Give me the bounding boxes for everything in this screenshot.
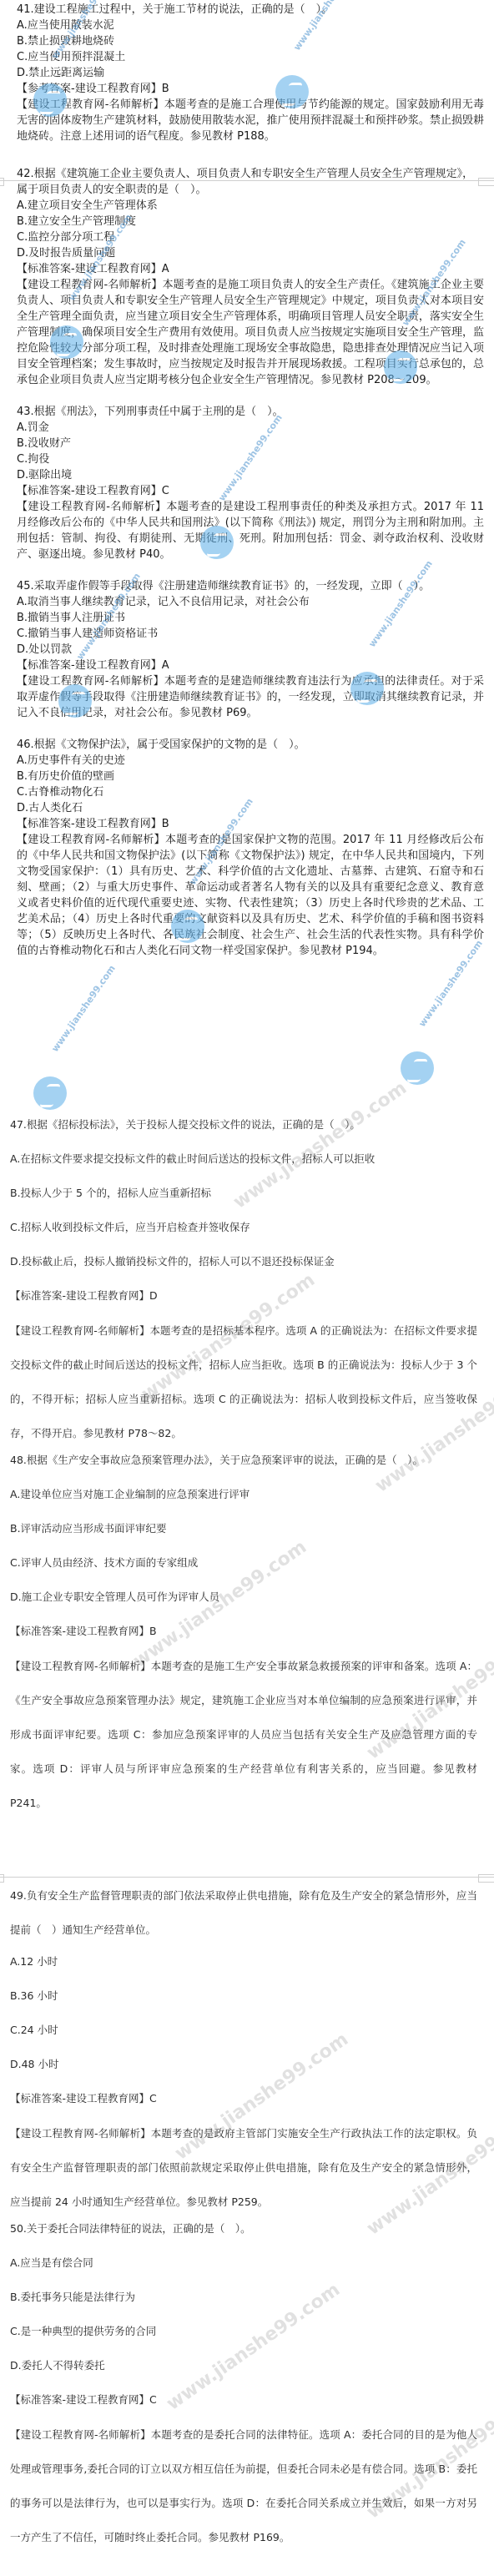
explanation: 【建设工程教育网-名师解析】本题考查的是施工项目负责人的安全生产责任。《建筑施工…: [17, 277, 484, 388]
answer: 【标准答案-建设工程教育网】C: [10, 2393, 477, 2407]
answer: 【标准答案-建设工程教育网】B: [17, 816, 484, 832]
question-section-2: 47.根据《招标投标法》，关于投标人提交投标文件的说法，正确的是（ ）。 A.在…: [10, 1118, 477, 2554]
answer: 【标准答案-建设工程教育网】B: [10, 1625, 477, 1638]
answer: 【标准答案-建设工程教育网】C: [10, 2092, 477, 2105]
option-d: D.古人类化石: [17, 800, 484, 816]
option-b: B.禁止损毁耕地烧砖: [17, 33, 484, 49]
answer: 【标准答案-建设工程教育网】A: [17, 658, 484, 673]
divider-tick-right: [478, 178, 494, 186]
option-b: B.撤销当事人注册证书: [17, 610, 484, 626]
explanation: 【建设工程教育网-名师解析】本题考查的是国家保护文物的范围。2017 年 11 …: [17, 832, 484, 959]
question-stem: 47.根据《招标投标法》，关于投标人提交投标文件的说法，正确的是（ ）。: [10, 1118, 477, 1132]
answer: 【标准答案-建设工程教育网】A: [17, 261, 484, 277]
divider-tick-right: [478, 1874, 494, 1883]
question-stem: 45.采取弄虚作假等手段取得《注册建造师继续教育证书》的，一经发现，立即（ ）。: [17, 578, 484, 594]
answer: 【参考答案-建设工程教育网】B: [17, 81, 484, 97]
watermark-text: www.jianshe99.com: [49, 963, 118, 1054]
option-d: D.投标截止后，投标人撤销投标文件的，招标人可以不退还投标保证金: [10, 1255, 477, 1268]
option-a: A.12 小时: [10, 1955, 477, 1969]
explanation: 【建设工程教育网-名师解析】本题考查的是招标基本程序。选项 A 的正确说法为：在…: [10, 1313, 477, 1450]
question-45: 45.采取弄虚作假等手段取得《注册建造师继续教育证书》的，一经发现，立即（ ）。…: [17, 578, 484, 721]
option-c: C.古脊椎动物化石: [17, 784, 484, 800]
page-divider: [0, 180, 494, 181]
question-section-1: 41.建设工程施工过程中，关于施工节材的说法，正确的是（ ）。 A.应当使用散装…: [17, 0, 484, 959]
option-b: B.没收财产: [17, 436, 484, 451]
option-a: A.建立项目安全生产管理体系: [17, 198, 484, 214]
question-50: 50.关于委托合同法律特征的说法，正确的是（ ）。 A.应当是有偿合同 B.委托…: [10, 2222, 477, 2554]
option-d: D.施工企业专职安全管理人员可作为评审人员: [10, 1590, 477, 1604]
option-b: B.委托事务只能是法律行为: [10, 2291, 477, 2304]
explanation: 【建设工程教育网-名师解析】本题考查的是施工合理使用与节约能源的规定。国家鼓励利…: [17, 97, 484, 144]
question-stem: 50.关于委托合同法律特征的说法，正确的是（ ）。: [10, 2222, 477, 2236]
option-c: C.评审人员由经济、技术方面的专家组成: [10, 1556, 477, 1570]
option-b: B.有历史价值的壁画: [17, 769, 484, 784]
question-48: 48.根据《生产安全事故应急预案管理办法》，关于应急预案评审的说法，正确的是（ …: [10, 1454, 477, 1820]
option-d: D.驱除出境: [17, 467, 484, 483]
option-a: A.在招标文件要求提交投标文件的截止时间后送达的投标文件，招标人可以拒收: [10, 1152, 477, 1166]
divider-tick-left: [0, 178, 4, 186]
question-46: 46.根据《文物保护法》，属于受国家保护的文物的是（ ）。 A.历史事件有关的史…: [17, 737, 484, 959]
page-divider: [0, 1877, 494, 1878]
question-stem: 43.根据《刑法》，下列刑事责任中属于主刑的是（ ）。: [17, 404, 484, 420]
option-d: D.48 小时: [10, 2058, 477, 2071]
explanation: 【建设工程教育网-名师解析】本题考查的是建造师继续教育违法行为应承担的法律责任。…: [17, 673, 484, 721]
question-stem: 42.根据《建筑施工企业主要负责人、项目负责人和专职安全生产管理人员安全生产管理…: [17, 166, 484, 198]
option-a: A.应当使用散装水泥: [17, 18, 484, 33]
question-41: 41.建设工程施工过程中，关于施工节材的说法，正确的是（ ）。 A.应当使用散装…: [17, 0, 484, 144]
answer: 【标准答案-建设工程教育网】C: [17, 483, 484, 499]
explanation: 【建设工程教育网-名师解析】本题考查的是政府主管部门实施安全生产行政执法工作的法…: [10, 2116, 477, 2219]
option-c: C.监控分部分项工程: [17, 229, 484, 245]
option-a: A.历史事件有关的史迹: [17, 753, 484, 769]
explanation: 【建设工程教育网-名师解析】本题考查的是施工生产安全事故紧急救援预案的评审和备案…: [10, 1649, 477, 1820]
answer: 【标准答案-建设工程教育网】D: [10, 1289, 477, 1303]
option-c: C.拘役: [17, 451, 484, 467]
question-stem: 41.建设工程施工过程中，关于施工节材的说法，正确的是（ ）。: [17, 2, 484, 18]
option-a: A.建设单位应当对施工企业编制的应急预案进行评审: [10, 1488, 477, 1501]
question-42: 42.根据《建筑施工企业主要负责人、项目负责人和专职安全生产管理人员安全生产管理…: [17, 166, 484, 388]
option-b: B.36 小时: [10, 1989, 477, 2003]
option-d: D.禁止远距离运输: [17, 65, 484, 81]
explanation: 【建设工程教育网-名师解析】本题考查的是建设工程刑事责任的种类及承担方式。201…: [17, 499, 484, 562]
option-b: B.建立安全生产管理制度: [17, 214, 484, 229]
option-c: C.是一种典型的提供劳务的合同: [10, 2325, 477, 2338]
question-stem: 46.根据《文物保护法》，属于受国家保护的文物的是（ ）。: [17, 737, 484, 753]
option-b: B.投标人少于 5 个的，招标人应当重新招标: [10, 1187, 477, 1200]
option-a: A.应当是有偿合同: [10, 2256, 477, 2270]
option-d: D.委托人不得转委托: [10, 2359, 477, 2372]
option-a: A.罚金: [17, 420, 484, 436]
option-c: C.撤销当事人建造师资格证书: [17, 626, 484, 642]
option-b: B.评审活动应当形成书面评审纪要: [10, 1522, 477, 1535]
explanation: 【建设工程教育网-名师解析】本题考查的是委托合同的法律特征。选项 A：委托合同的…: [10, 2417, 477, 2554]
option-c: C.应当使用预拌混凝土: [17, 49, 484, 65]
option-c: C.招标人收到投标文件后，应当开启检查并签收保存: [10, 1221, 477, 1234]
option-c: C.24 小时: [10, 2024, 477, 2037]
watermark-logo-icon: [33, 1076, 67, 1110]
question-43: 43.根据《刑法》，下列刑事责任中属于主刑的是（ ）。 A.罚金 B.没收财产 …: [17, 404, 484, 562]
question-stem: 48.根据《生产安全事故应急预案管理办法》，关于应急预案评审的说法，正确的是（ …: [10, 1454, 477, 1467]
watermark-logo-icon: [401, 1051, 434, 1085]
question-49: 49.负有安全生产监督管理职责的部门依法采取停止供电措施，除有危及生产安全的紧急…: [10, 1878, 477, 2219]
divider-tick-left: [0, 1874, 4, 1883]
option-a: A.取消当事人继续教育记录，记入不良信用记录，对社会公布: [17, 594, 484, 610]
option-d: D.处以罚款: [17, 642, 484, 658]
question-stem: 49.负有安全生产监督管理职责的部门依法采取停止供电措施，除有危及生产安全的紧急…: [10, 1878, 477, 1947]
question-47: 47.根据《招标投标法》，关于投标人提交投标文件的说法，正确的是（ ）。 A.在…: [10, 1118, 477, 1450]
option-d: D.及时报告质量问题: [17, 245, 484, 261]
